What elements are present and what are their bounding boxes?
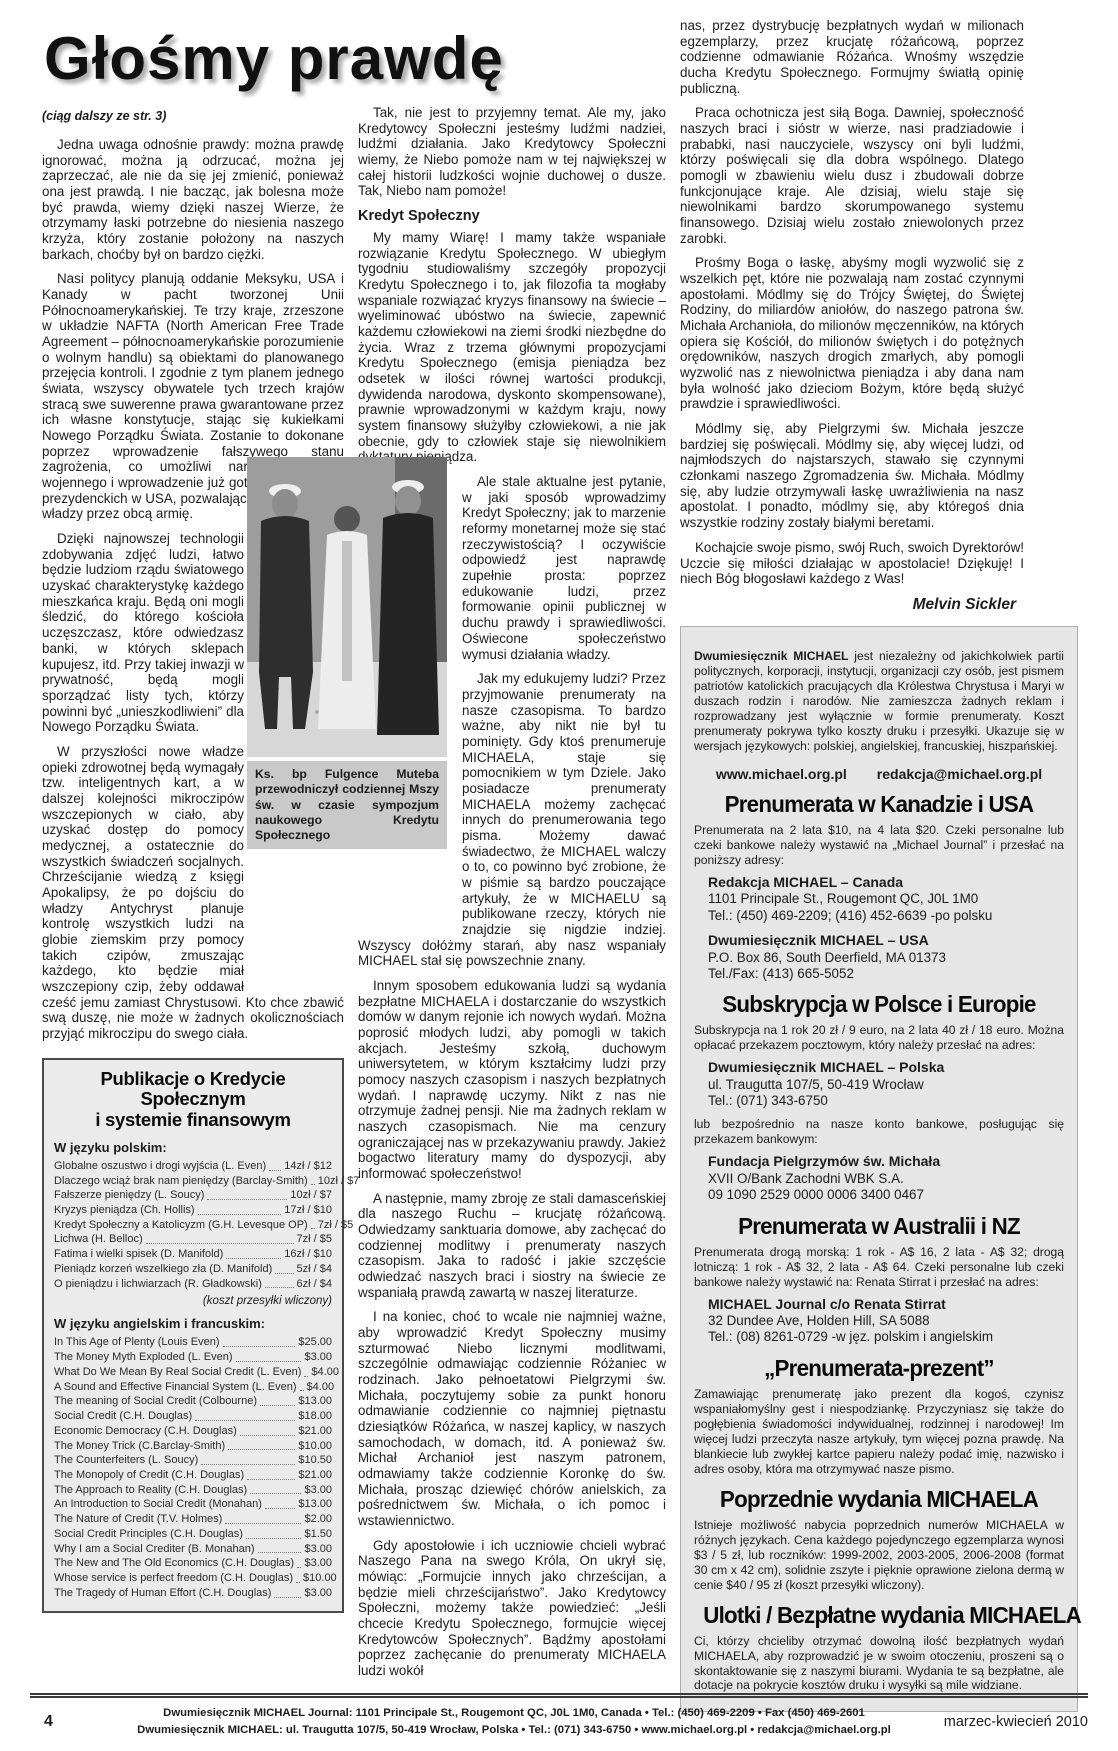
section-paragraph: Zamawiając prenumeratę jako prezent dla … (694, 1387, 1064, 1477)
book-row: Fałszerze pieniędzy (L. Soucy)10zł / $7 (54, 1188, 332, 1203)
section-paragraph: Ci, którzy chcieliby otrzymać dowolną il… (694, 1634, 1064, 1694)
book-row: What Do We Mean By Real Social Credit (L… (54, 1365, 332, 1380)
dotted-leader (311, 1184, 315, 1185)
address-line: XVII O/Bank Zachodni WBK S.A. (708, 1171, 1064, 1187)
book-row: The Tragedy of Human Effort (C.H. Dougla… (54, 1586, 332, 1601)
section-heading: Prenumerata w Kanadzie i USA (703, 791, 1055, 818)
dotted-leader (226, 1258, 281, 1259)
website-link[interactable]: www.michael.org.pl (716, 766, 847, 782)
book-price: 5zł / $4 (297, 1262, 332, 1277)
section-block: Dwumiesięcznik MICHAEL – Polska ul. Trau… (694, 1059, 1064, 1109)
section-heading: Poprzednie wydania MICHAELA (703, 1486, 1055, 1513)
contact-links: www.michael.org.pl redakcja@michael.org.… (694, 766, 1064, 782)
dotted-leader (304, 1376, 308, 1377)
author-signature: Melvin Sickler (680, 596, 1016, 614)
paragraph: A następnie, mamy zbroję ze stali damasc… (358, 1191, 666, 1301)
dotted-leader (250, 1493, 301, 1494)
section-block: Prenumerata na 2 lata $10, na 4 lata $20… (694, 823, 1064, 868)
book-title: The meaning of Social Credit (Colbourne) (54, 1394, 257, 1409)
column-1: (ciąg dalszy ze str. 3) Jedna uwaga odno… (42, 105, 344, 1688)
clergy-photo-figure: Ks. bp Fulgence Muteba przewodniczył cod… (247, 457, 447, 849)
book-row: Economic Democracy (C.H. Douglas)$21.00 (54, 1424, 332, 1439)
newspaper-page: Głośmy prawdę (ciąg dalszy ze str. 3) Je… (0, 0, 1118, 1751)
dotted-leader (260, 1405, 295, 1406)
book-row: Dlaczego wciąż brak nam pieniędzy (Barcl… (54, 1174, 332, 1189)
paragraph: I na koniec, choć to wcale nie najmniej … (358, 1309, 666, 1528)
book-price: $3.00 (304, 1556, 332, 1571)
book-price: $13.00 (298, 1394, 332, 1409)
polish-books-list: Globalne oszustwo i drogi wyjścia (L. Ev… (54, 1159, 332, 1292)
address-lines: P.O. Box 86, South Deerfield, MA 01373Te… (708, 950, 1064, 983)
section-paragraph: Istnieje możliwość nabycia poprzednich n… (694, 1518, 1064, 1593)
book-row: Globalne oszustwo i drogi wyjścia (L. Ev… (54, 1159, 332, 1174)
subscription-section: Poprzednie wydania MICHAELA Istnieje moż… (694, 1486, 1064, 1593)
about-paragraph: Dwumiesięcznik MICHAEL jest niezależny o… (694, 649, 1064, 754)
book-price: $18.00 (298, 1409, 332, 1424)
dotted-leader (228, 1449, 295, 1450)
subscription-section: Prenumerata w Australii i NZ Prenumerata… (694, 1213, 1064, 1346)
section-heading: Prenumerata w Australii i NZ (703, 1213, 1055, 1240)
book-title: Fałszerze pieniędzy (L. Soucy) (54, 1188, 204, 1203)
book-price: 17zł / $10 (284, 1203, 332, 1218)
dotted-leader (146, 1243, 294, 1244)
shipping-note: (koszt przesyłki wliczony) (54, 1295, 332, 1307)
address-line: ul. Traugutta 107/5, 50-419 Wrocław (708, 1077, 1064, 1093)
publications-box: Publikacje o Kredycie Społecznym i syste… (42, 1058, 344, 1613)
dotted-leader (275, 1273, 293, 1274)
book-title: The Nature of Credit (T.V. Holmes) (54, 1512, 222, 1527)
address-block: Redakcja MICHAEL – Canada 1101 Principal… (708, 874, 1064, 924)
section-block: Subskrypcja na 1 rok 20 zł / 9 euro, na … (694, 1023, 1064, 1053)
subscription-section: Ulotki / Bezpłatne wydania MICHAELA Ci, … (694, 1602, 1064, 1694)
dotted-leader (195, 1420, 295, 1421)
address-name: MICHAEL Journal c/o Renata Stirrat (708, 1296, 1064, 1314)
book-title: A Sound and Effective Financial System (… (54, 1380, 297, 1395)
paragraph: Tak, nie jest to przyjemny temat. Ale my… (358, 105, 666, 199)
section-blocks: Istnieje możliwość nabycia poprzednich n… (694, 1518, 1064, 1593)
book-title: Kredyt Społeczny a Katolicyzm (G.H. Leve… (54, 1218, 308, 1233)
section-paragraph: Prenumerata na 2 lata $10, na 4 lata $20… (694, 823, 1064, 868)
book-row: Social Credit Principles (C.H. Douglas)$… (54, 1527, 332, 1542)
col3-paragraphs: Praca ochotnicza jest siłą Boga. Dawniej… (680, 105, 1024, 586)
dotted-leader (265, 1287, 294, 1288)
paragraph: Gdy apostołowie i ich uczniowie chcieli … (358, 1538, 666, 1679)
email-link[interactable]: redakcja@michael.org.pl (877, 766, 1042, 782)
book-title: O pieniądzu i lichwiarzach (R. Gładkowsk… (54, 1277, 262, 1292)
section-blocks: Subskrypcja na 1 rok 20 zł / 9 euro, na … (694, 1023, 1064, 1203)
book-price: $4.00 (311, 1365, 339, 1380)
article-columns: (ciąg dalszy ze str. 3) Jedna uwaga odno… (42, 105, 666, 1688)
book-row: Fatima i wielki spisek (D. Manifold)16zł… (54, 1247, 332, 1262)
paragraph: Prośmy Boga o łaskę, abyśmy mogli wyzwol… (680, 255, 1024, 412)
english-books-header: W języku angielskim i francuskim: (54, 1316, 332, 1331)
address-block: Dwumiesięcznik MICHAEL – USA P.O. Box 86… (708, 932, 1064, 982)
book-price: 14zł / $12 (284, 1159, 332, 1174)
photo-caption: Ks. bp Fulgence Muteba przewodniczył cod… (247, 761, 447, 849)
book-price: $21.00 (298, 1424, 332, 1439)
address-name: Dwumiesięcznik MICHAEL – Polska (708, 1059, 1064, 1077)
polish-books-header: W języku polskim: (54, 1140, 332, 1155)
book-row: In This Age of Plenty (Louis Even)$25.00 (54, 1335, 332, 1350)
publications-title-line2: i systemie finansowym (54, 1110, 332, 1131)
section-heading: „Prenumerata-prezent” (703, 1355, 1055, 1382)
address-line: P.O. Box 86, South Deerfield, MA 01373 (708, 950, 1064, 966)
publications-title-line1: Publikacje o Kredycie Społecznym (54, 1069, 332, 1110)
subscription-section: „Prenumerata-prezent” Zamawiając prenume… (694, 1355, 1064, 1477)
section-block: Dwumiesięcznik MICHAEL – USA P.O. Box 86… (694, 932, 1064, 982)
section-block: lub bezpośrednio na nasze konto bankowe,… (694, 1117, 1064, 1147)
section-heading: Ulotki / Bezpłatne wydania MICHAELA (703, 1602, 1055, 1629)
book-row: The Monopoly of Credit (C.H. Douglas)$21… (54, 1468, 332, 1483)
dotted-leader (247, 1479, 295, 1480)
book-title: Kryzys pieniądza (Ch. Hollis) (54, 1203, 195, 1218)
book-title: The New and The Old Economics (C.H. Doug… (54, 1556, 294, 1571)
section-block: Prenumerata drogą morską: 1 rok - A$ 16,… (694, 1245, 1064, 1290)
book-price: 7zł / $5 (318, 1218, 353, 1233)
col3-article: nas, przez dystrybucję bezpłatnych wydań… (680, 18, 1078, 614)
book-price: $2.00 (304, 1512, 332, 1527)
dotted-leader (296, 1582, 300, 1583)
dotted-leader (258, 1552, 302, 1553)
dotted-leader (236, 1361, 302, 1362)
book-row: The Money Trick (C.Barclay-Smith)$10.00 (54, 1439, 332, 1454)
book-row: Social Credit (C.H. Douglas)$18.00 (54, 1409, 332, 1424)
book-title: Globalne oszustwo i drogi wyjścia (L. Ev… (54, 1159, 266, 1174)
book-row: An Introduction to Social Credit (Monaha… (54, 1497, 332, 1512)
section-heading: Kredyt Społeczny (358, 208, 666, 224)
section-blocks: Ci, którzy chcieliby otrzymać dowolną il… (694, 1634, 1064, 1694)
article-headline: Głośmy prawdę (44, 24, 666, 93)
section-paragraph: Subskrypcja na 1 rok 20 zł / 9 euro, na … (694, 1023, 1064, 1053)
section-paragraph: lub bezpośrednio na nasze konto bankowe,… (694, 1117, 1064, 1147)
col2-bottom-paragraphs: Innym sposobem edukowania ludzi są wydan… (358, 978, 666, 1679)
book-row: O pieniądzu i lichwiarzach (R. Gładkowsk… (54, 1277, 332, 1292)
paragraph: Módlmy się, aby Pielgrzymi św. Michała j… (680, 421, 1024, 531)
about-rest: jest niezależny od jakichkolwiek partii … (694, 649, 1064, 753)
paragraph: Praca ochotnicza jest siłą Boga. Dawniej… (680, 105, 1024, 246)
address-line: 1101 Principale St., Rougemont QC, J0L 1… (708, 891, 1064, 907)
book-title: The Monopoly of Credit (C.H. Douglas) (54, 1468, 244, 1483)
book-price: $3.00 (304, 1350, 332, 1365)
column-3: nas, przez dystrybucję bezpłatnych wydań… (680, 8, 1078, 1712)
book-title: The Approach to Reality (C.H. Douglas) (54, 1483, 247, 1498)
book-row: Whose service is perfect freedom (C.H. D… (54, 1571, 332, 1586)
book-title: Economic Democracy (C.H. Douglas) (54, 1424, 237, 1439)
address-name: Fundacja Pielgrzymów św. Michała (708, 1153, 1064, 1171)
book-title: Pieniądz korzeń wszelkiego zła (D. Manif… (54, 1262, 272, 1277)
dotted-leader (225, 1523, 301, 1524)
section-blocks: Prenumerata na 2 lata $10, na 4 lata $20… (694, 823, 1064, 982)
footer-double-rule (30, 1693, 1088, 1698)
book-price: $25.00 (298, 1335, 332, 1350)
book-title: The Money Trick (C.Barclay-Smith) (54, 1439, 225, 1454)
footer-line-1: Dwumiesięcznik MICHAEL Journal: 1101 Pri… (100, 1705, 928, 1722)
book-row: A Sound and Effective Financial System (… (54, 1380, 332, 1395)
page-content: Głośmy prawdę (ciąg dalszy ze str. 3) Je… (42, 8, 1082, 1712)
address-lines: XVII O/Bank Zachodni WBK S.A.09 1090 252… (708, 1171, 1064, 1204)
dotted-leader (198, 1214, 282, 1215)
footer-issue-date: marzec-kwiecień 2010 (928, 1714, 1088, 1730)
book-title: In This Age of Plenty (Louis Even) (54, 1335, 220, 1350)
book-title: Social Credit Principles (C.H. Douglas) (54, 1527, 243, 1542)
book-row: Why I am a Social Crediter (B. Monahan)$… (54, 1542, 332, 1557)
book-title: Why I am a Social Crediter (B. Monahan) (54, 1542, 255, 1557)
about-lead: Dwumiesięcznik MICHAEL (694, 649, 848, 663)
book-row: The Nature of Credit (T.V. Holmes)$2.00 (54, 1512, 332, 1527)
column-2: Tak, nie jest to przyjemny temat. Ale my… (358, 105, 666, 1688)
dotted-leader (269, 1170, 281, 1171)
dotted-leader (265, 1508, 295, 1509)
footer-line-2: Dwumiesięcznik MICHAEL: ul. Traugutta 10… (100, 1722, 928, 1739)
book-row: Lichwa (H. Belloc)7zł / $5 (54, 1232, 332, 1247)
address-lines: 1101 Principale St., Rougemont QC, J0L 1… (708, 891, 1064, 924)
book-title: An Introduction to Social Credit (Monaha… (54, 1497, 262, 1512)
book-price: $4.00 (307, 1380, 335, 1395)
footer-publisher-info: Dwumiesięcznik MICHAEL Journal: 1101 Pri… (100, 1705, 928, 1739)
subscription-info-panel: Dwumiesięcznik MICHAEL jest niezależny o… (680, 626, 1078, 1713)
section-blocks: Prenumerata drogą morską: 1 rok - A$ 16,… (694, 1245, 1064, 1346)
book-price: $3.00 (304, 1542, 332, 1557)
book-price: $10.00 (298, 1439, 332, 1454)
paragraph: nas, przez dystrybucję bezpłatnych wydań… (680, 18, 1024, 96)
address-line: Tel.: (08) 8261-0729 -w jęz. polskim i a… (708, 1329, 1064, 1345)
book-price: 16zł / $10 (284, 1247, 332, 1262)
address-block: Fundacja Pielgrzymów św. Michała XVII O/… (708, 1153, 1064, 1203)
book-price: $1.50 (304, 1527, 332, 1542)
book-row: The Counterfeiters (L. Soucy)$10.50 (54, 1453, 332, 1468)
dotted-leader (300, 1390, 304, 1391)
book-row: The Money Myth Exploded (L. Even)$3.00 (54, 1350, 332, 1365)
book-price: $21.00 (298, 1468, 332, 1483)
page-number: 4 (30, 1713, 100, 1731)
subscription-section: Prenumerata w Kanadzie i USA Prenumerata… (694, 791, 1064, 982)
english-books-list: In This Age of Plenty (Louis Even)$25.00… (54, 1335, 332, 1600)
book-price: $3.00 (304, 1586, 332, 1601)
book-title: The Tragedy of Human Effort (C.H. Dougla… (54, 1586, 271, 1601)
address-block: Dwumiesięcznik MICHAEL – Polska ul. Trau… (708, 1059, 1064, 1109)
subscription-section: Subskrypcja w Polsce i Europie Subskrypc… (694, 991, 1064, 1203)
dotted-leader (311, 1228, 315, 1229)
book-row: Kredyt Społeczny a Katolicyzm (G.H. Leve… (54, 1218, 332, 1233)
dotted-leader (207, 1199, 287, 1200)
paragraph: Jedna uwaga odnośnie prawdy: można prawd… (42, 137, 344, 262)
book-price: 10zł / $7 (318, 1174, 360, 1189)
address-block: MICHAEL Journal c/o Renata Stirrat 32 Du… (708, 1296, 1064, 1346)
book-title: Whose service is perfect freedom (C.H. D… (54, 1571, 293, 1586)
footer-row: 4 Dwumiesięcznik MICHAEL Journal: 1101 P… (30, 1705, 1088, 1739)
address-name: Redakcja MICHAEL – Canada (708, 874, 1064, 892)
book-row: The New and The Old Economics (C.H. Doug… (54, 1556, 332, 1571)
page-footer: 4 Dwumiesięcznik MICHAEL Journal: 1101 P… (30, 1693, 1088, 1739)
dotted-leader (201, 1464, 295, 1465)
section-block: Fundacja Pielgrzymów św. Michała XVII O/… (694, 1153, 1064, 1203)
book-price: $10.00 (303, 1571, 337, 1586)
address-name: Dwumiesięcznik MICHAEL – USA (708, 932, 1064, 950)
dotted-leader (274, 1597, 301, 1598)
left-columns-group: Głośmy prawdę (ciąg dalszy ze str. 3) Je… (42, 8, 666, 1712)
paragraph: Innym sposobem edukowania ludzi są wydan… (358, 978, 666, 1182)
address-line: Tel.: (071) 343-6750 (708, 1093, 1064, 1109)
paragraph: My mamy Wiarę! I mamy także wspaniałe ro… (358, 230, 666, 465)
section-block: Redakcja MICHAEL – Canada 1101 Principal… (694, 874, 1064, 924)
book-title: Dlaczego wciąż brak nam pieniędzy (Barcl… (54, 1174, 308, 1189)
book-row: The Approach to Reality (C.H. Douglas)$3… (54, 1483, 332, 1498)
section-heading: Subskrypcja w Polsce i Europie (703, 991, 1055, 1018)
photo-illustration (247, 457, 447, 757)
address-lines: ul. Traugutta 107/5, 50-419 WrocławTel.:… (708, 1077, 1064, 1110)
section-block: Istnieje możliwość nabycia poprzednich n… (694, 1518, 1064, 1593)
section-blocks: Zamawiając prenumeratę jako prezent dla … (694, 1387, 1064, 1477)
section-paragraph: Prenumerata drogą morską: 1 rok - A$ 16,… (694, 1245, 1064, 1290)
book-price: 10zł / $7 (290, 1188, 332, 1203)
address-line: 32 Dundee Ave, Holden Hill, SA 5088 (708, 1313, 1064, 1329)
dotted-leader (246, 1538, 302, 1539)
address-line: Tel.: (450) 469-2209; (416) 452-6639 -po… (708, 908, 1064, 924)
section-block: MICHAEL Journal c/o Renata Stirrat 32 Du… (694, 1296, 1064, 1346)
dotted-leader (297, 1567, 301, 1568)
book-row: Kryzys pieniądza (Ch. Hollis)17zł / $10 (54, 1203, 332, 1218)
book-title: Fatima i wielki spisek (D. Manifold) (54, 1247, 223, 1262)
book-row: The meaning of Social Credit (Colbourne)… (54, 1394, 332, 1409)
dotted-leader (223, 1346, 296, 1347)
subscription-sections: Prenumerata w Kanadzie i USA Prenumerata… (694, 791, 1064, 1694)
book-row: Pieniądz korzeń wszelkiego zła (D. Manif… (54, 1262, 332, 1277)
book-title: The Counterfeiters (L. Soucy) (54, 1453, 198, 1468)
book-title: The Money Myth Exploded (L. Even) (54, 1350, 233, 1365)
book-price: $3.00 (304, 1483, 332, 1498)
section-block: Ci, którzy chcieliby otrzymać dowolną il… (694, 1634, 1064, 1694)
section-block: Zamawiając prenumeratę jako prezent dla … (694, 1387, 1064, 1477)
book-title: What Do We Mean By Real Social Credit (L… (54, 1365, 301, 1380)
book-price: 6zł / $4 (297, 1277, 332, 1292)
book-title: Social Credit (C.H. Douglas) (54, 1409, 192, 1424)
continuation-note: (ciąg dalszy ze str. 3) (42, 109, 344, 123)
paragraph: Kochajcie swoje pismo, swój Ruch, swoich… (680, 540, 1024, 587)
book-price: 7zł / $5 (297, 1232, 332, 1247)
address-line: 09 1090 2529 0000 0006 3400 0467 (708, 1187, 1064, 1203)
dotted-leader (240, 1435, 296, 1436)
book-price: $10.50 (298, 1453, 332, 1468)
address-lines: 32 Dundee Ave, Holden Hill, SA 5088Tel.:… (708, 1313, 1064, 1346)
book-price: $13.00 (298, 1497, 332, 1512)
address-line: Tel./Fax: (413) 665-5052 (708, 966, 1064, 982)
book-title: Lichwa (H. Belloc) (54, 1232, 143, 1247)
